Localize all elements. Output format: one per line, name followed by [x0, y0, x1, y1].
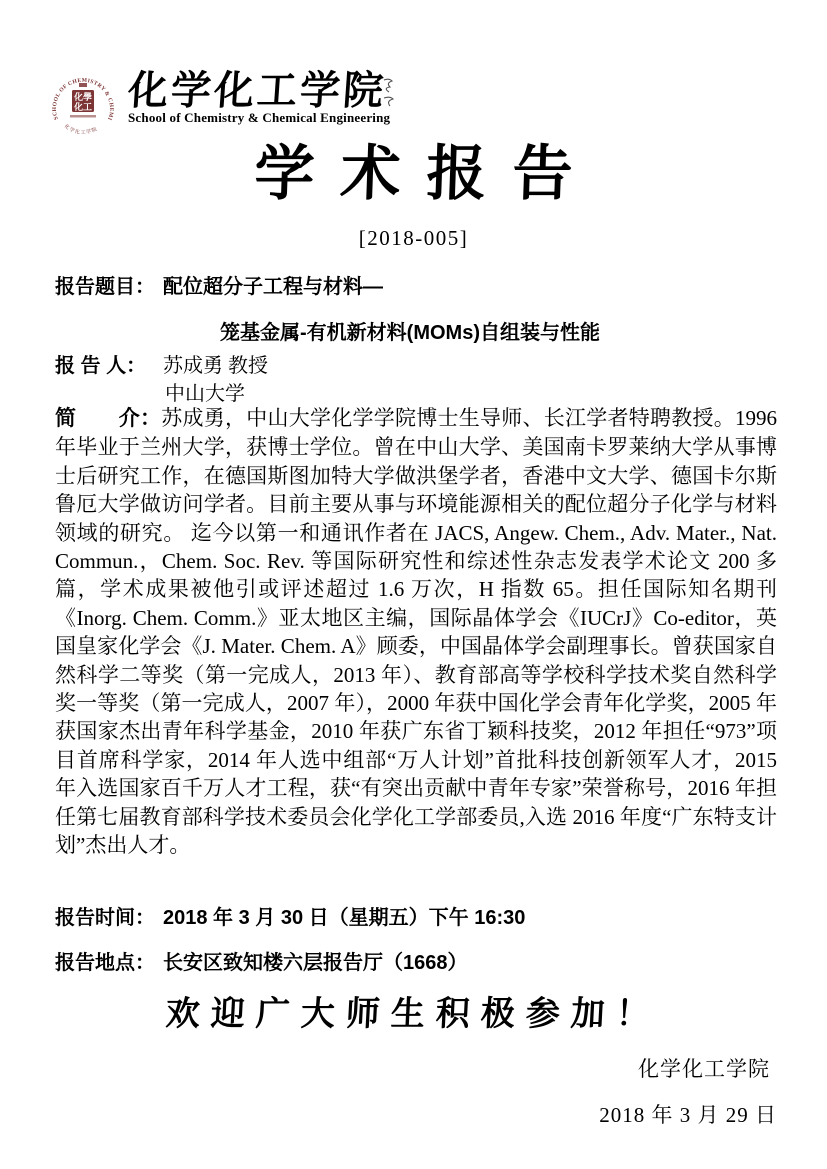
svg-text:化工: 化工	[73, 101, 92, 112]
location-row: 报告地点：长安区致知楼六层报告厅（1668）	[55, 946, 468, 975]
footer-organization: 化学化工学院	[638, 1053, 770, 1083]
topic-line1: 配位超分子工程与材料—	[163, 276, 383, 298]
bio-label: 简 介：	[55, 407, 161, 430]
header: SCHOOL OF CHEMISTRY & CHEMICAL ENGINEERI…	[46, 66, 390, 140]
report-serial-number: [2018-005]	[0, 226, 827, 251]
school-seal-icon: SCHOOL OF CHEMISTRY & CHEMICAL ENGINEERI…	[46, 66, 120, 140]
school-name-cn: 化学化工学院	[127, 70, 392, 112]
time-label: 报告时间：	[55, 901, 163, 930]
topic-row: 报告题目：配位超分子工程与材料—	[55, 270, 383, 299]
topic-line2: 笼基金属-有机新材料(MOMs)自组装与性能	[220, 316, 600, 345]
footer-date: 2018 年 3 月 29 日	[599, 1099, 777, 1129]
welcome-message: 欢迎广大师生积极参加！	[0, 986, 827, 1035]
svg-text:化学化工学院: 化学化工学院	[63, 122, 99, 135]
page-title: 学术报告	[0, 138, 827, 210]
location-label: 报告地点：	[55, 946, 163, 975]
speaker-row: 报 告 人：苏成勇 教授	[55, 349, 268, 378]
time-value: 2018 年 3 月 30 日（星期五）下午 16:30	[163, 907, 525, 929]
speaker-name: 苏成勇 教授	[163, 355, 268, 377]
signature-mark-icon	[380, 76, 396, 110]
time-row: 报告时间：2018 年 3 月 30 日（星期五）下午 16:30	[55, 901, 525, 930]
bio-text: 苏成勇，中山大学化学学院博士生导师、长江学者特聘教授。1996 年毕业于兰州大学…	[55, 406, 777, 857]
speaker-bio: 简 介：苏成勇，中山大学化学学院博士生导师、长江学者特聘教授。1996 年毕业于…	[55, 404, 777, 860]
document-page: SCHOOL OF CHEMISTRY & CHEMICAL ENGINEERI…	[0, 0, 827, 1169]
speaker-affiliation: 中山大学	[165, 377, 245, 406]
speaker-label: 报 告 人：	[55, 349, 163, 378]
svg-text:化學: 化學	[73, 91, 92, 102]
topic-label: 报告题目：	[55, 270, 163, 299]
location-value: 长安区致知楼六层报告厅（1668）	[163, 952, 468, 974]
